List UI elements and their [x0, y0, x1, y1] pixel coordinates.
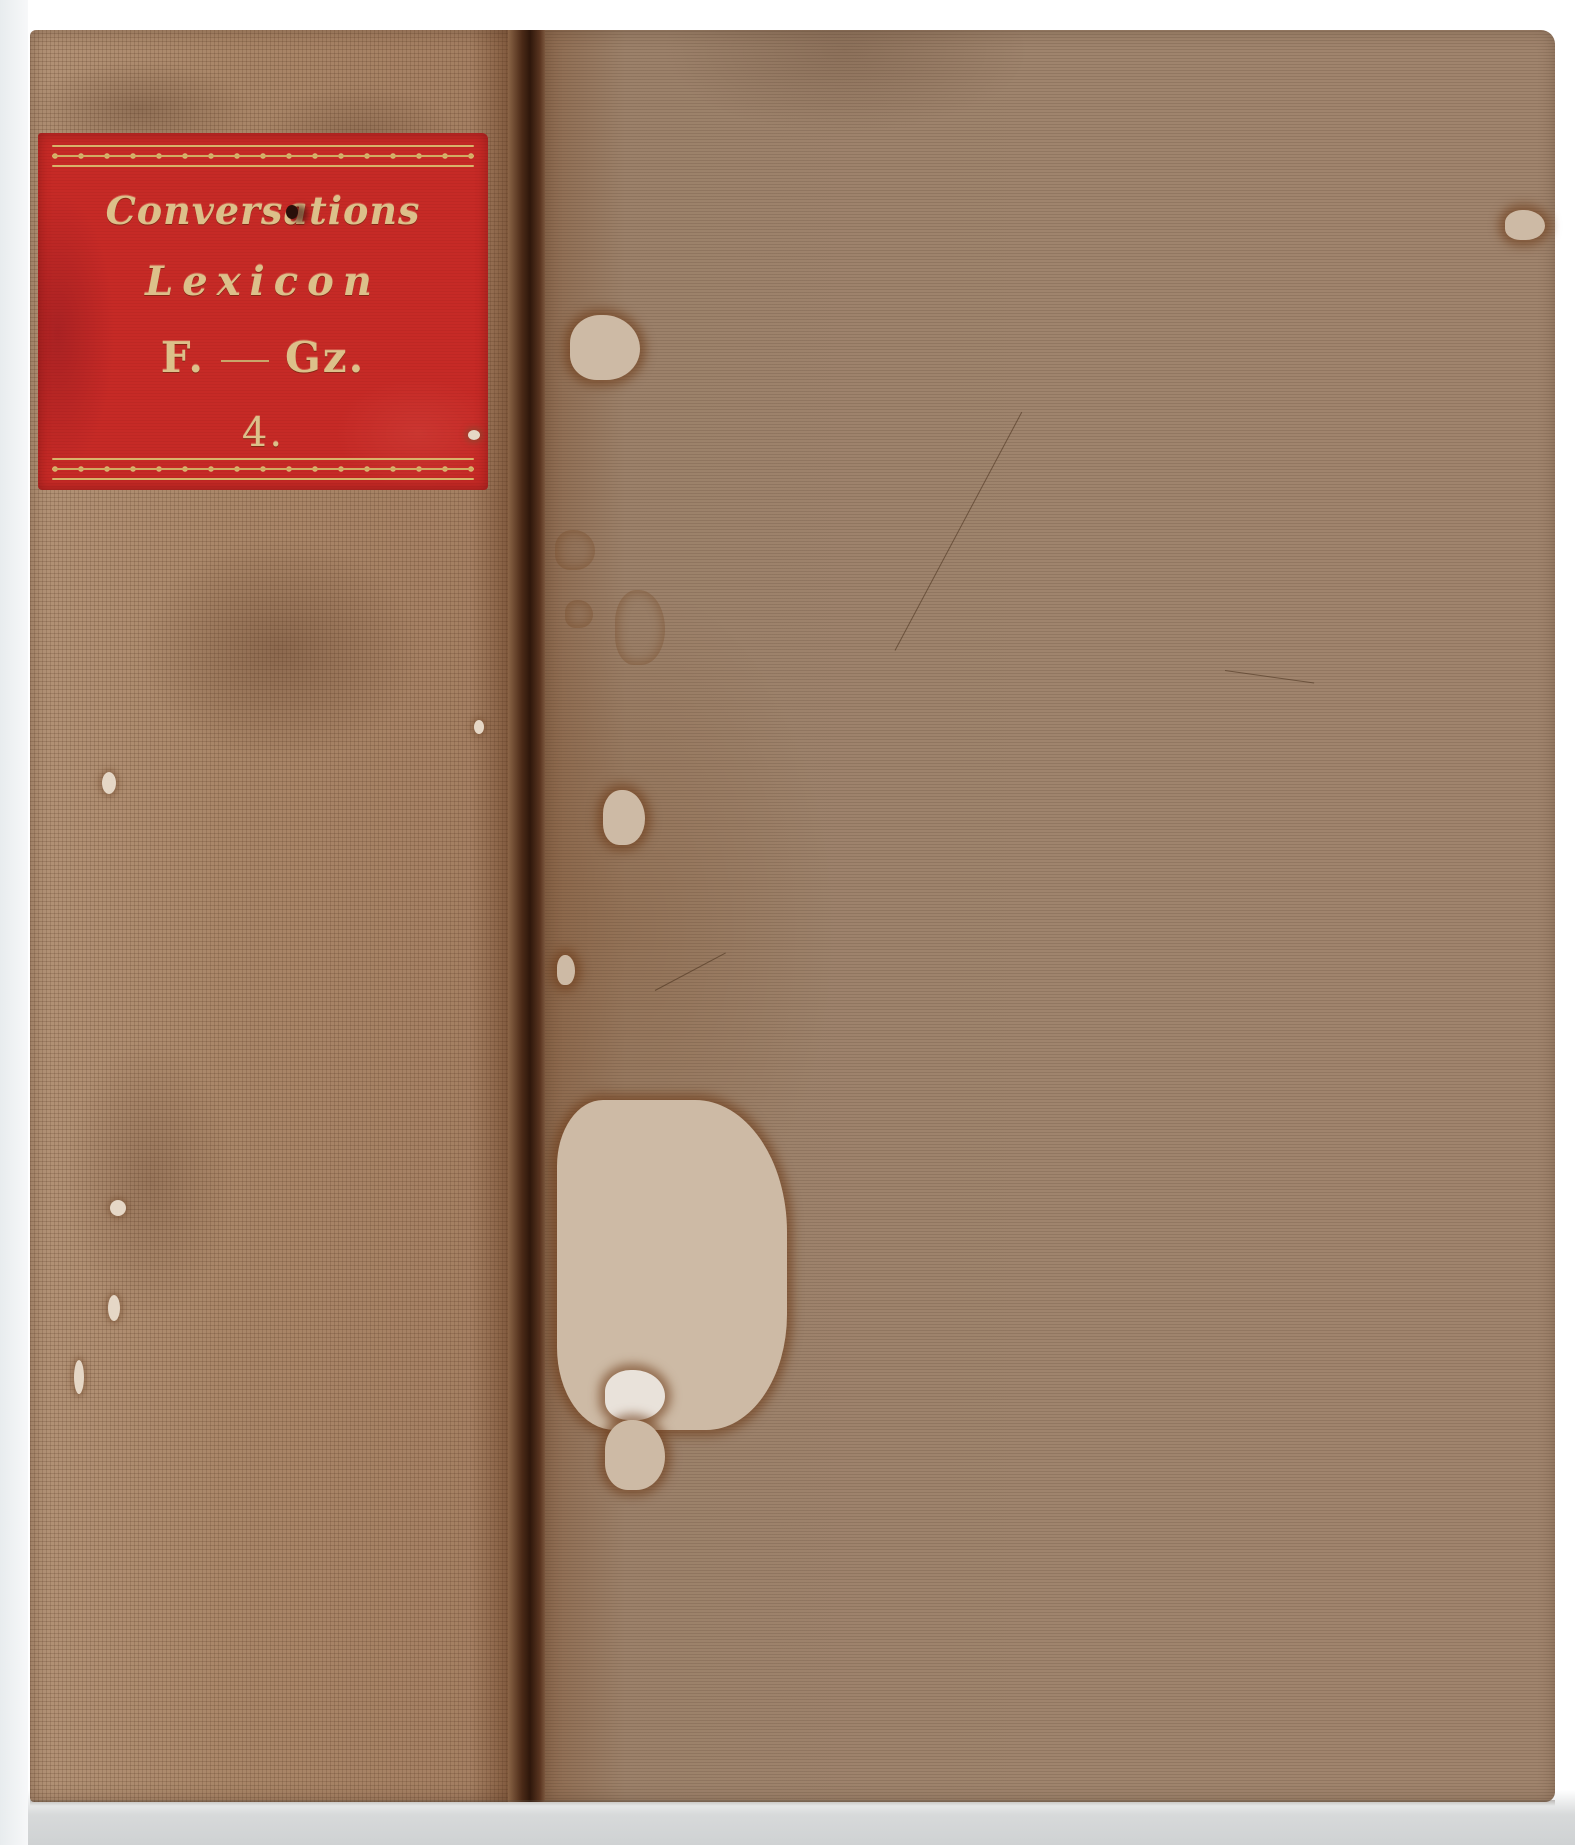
- book: Conversations Lexicon F.Gz. 4.: [30, 30, 1555, 1802]
- spine-title-label: Conversations Lexicon F.Gz. 4.: [38, 133, 488, 490]
- gilt-rule-bottom-inner: [52, 458, 474, 460]
- cover-large-worn-area: [557, 1100, 787, 1430]
- cover-faint-stain: [615, 590, 665, 665]
- cover-worn-patch: [570, 315, 640, 380]
- book-photograph: Conversations Lexicon F.Gz. 4.: [0, 0, 1575, 1845]
- gilt-rule-bottom: [52, 478, 474, 480]
- gilt-rule-top: [52, 145, 474, 147]
- scan-edge-shading: [0, 0, 28, 1845]
- cover-scratch: [655, 953, 726, 991]
- range-start: F.: [161, 333, 205, 382]
- spine-wear-spot: [74, 1360, 84, 1394]
- gilt-beads-top: [52, 153, 474, 159]
- cover-bare-spot: [605, 1370, 665, 1420]
- spine-wear-spot: [110, 1200, 126, 1216]
- cover-worn-patch: [557, 955, 575, 985]
- spine-wear-spot: [102, 772, 116, 794]
- spine-wear-spot: [468, 430, 480, 440]
- spine-wear-spot: [108, 1295, 120, 1321]
- cover-edge-wear: [1505, 210, 1545, 240]
- gilt-rule-top-inner: [52, 165, 474, 167]
- cover-worn-patch: [605, 1420, 665, 1490]
- book-front-cover: [545, 30, 1555, 1802]
- book-bottom-shadow: [30, 1800, 1555, 1806]
- label-volume-number: 4.: [38, 410, 488, 456]
- book-spine: Conversations Lexicon F.Gz. 4.: [30, 30, 520, 1802]
- burn-mark: [286, 205, 298, 219]
- spine-wear-spot: [474, 720, 484, 734]
- cover-scratch: [1225, 670, 1314, 684]
- label-volume-range: F.Gz.: [38, 333, 488, 382]
- cover-faint-stain: [565, 600, 593, 628]
- cover-scratch: [895, 412, 1023, 651]
- cover-faint-stain: [555, 530, 595, 570]
- spine-cover-joint: [508, 30, 548, 1802]
- label-title-line-2: Lexicon: [38, 258, 488, 305]
- range-end: Gz.: [285, 333, 365, 382]
- range-dash: [221, 360, 269, 362]
- gilt-beads-bottom: [52, 466, 474, 472]
- label-title-line-1: Conversations: [38, 188, 488, 233]
- cover-worn-patch: [603, 790, 645, 845]
